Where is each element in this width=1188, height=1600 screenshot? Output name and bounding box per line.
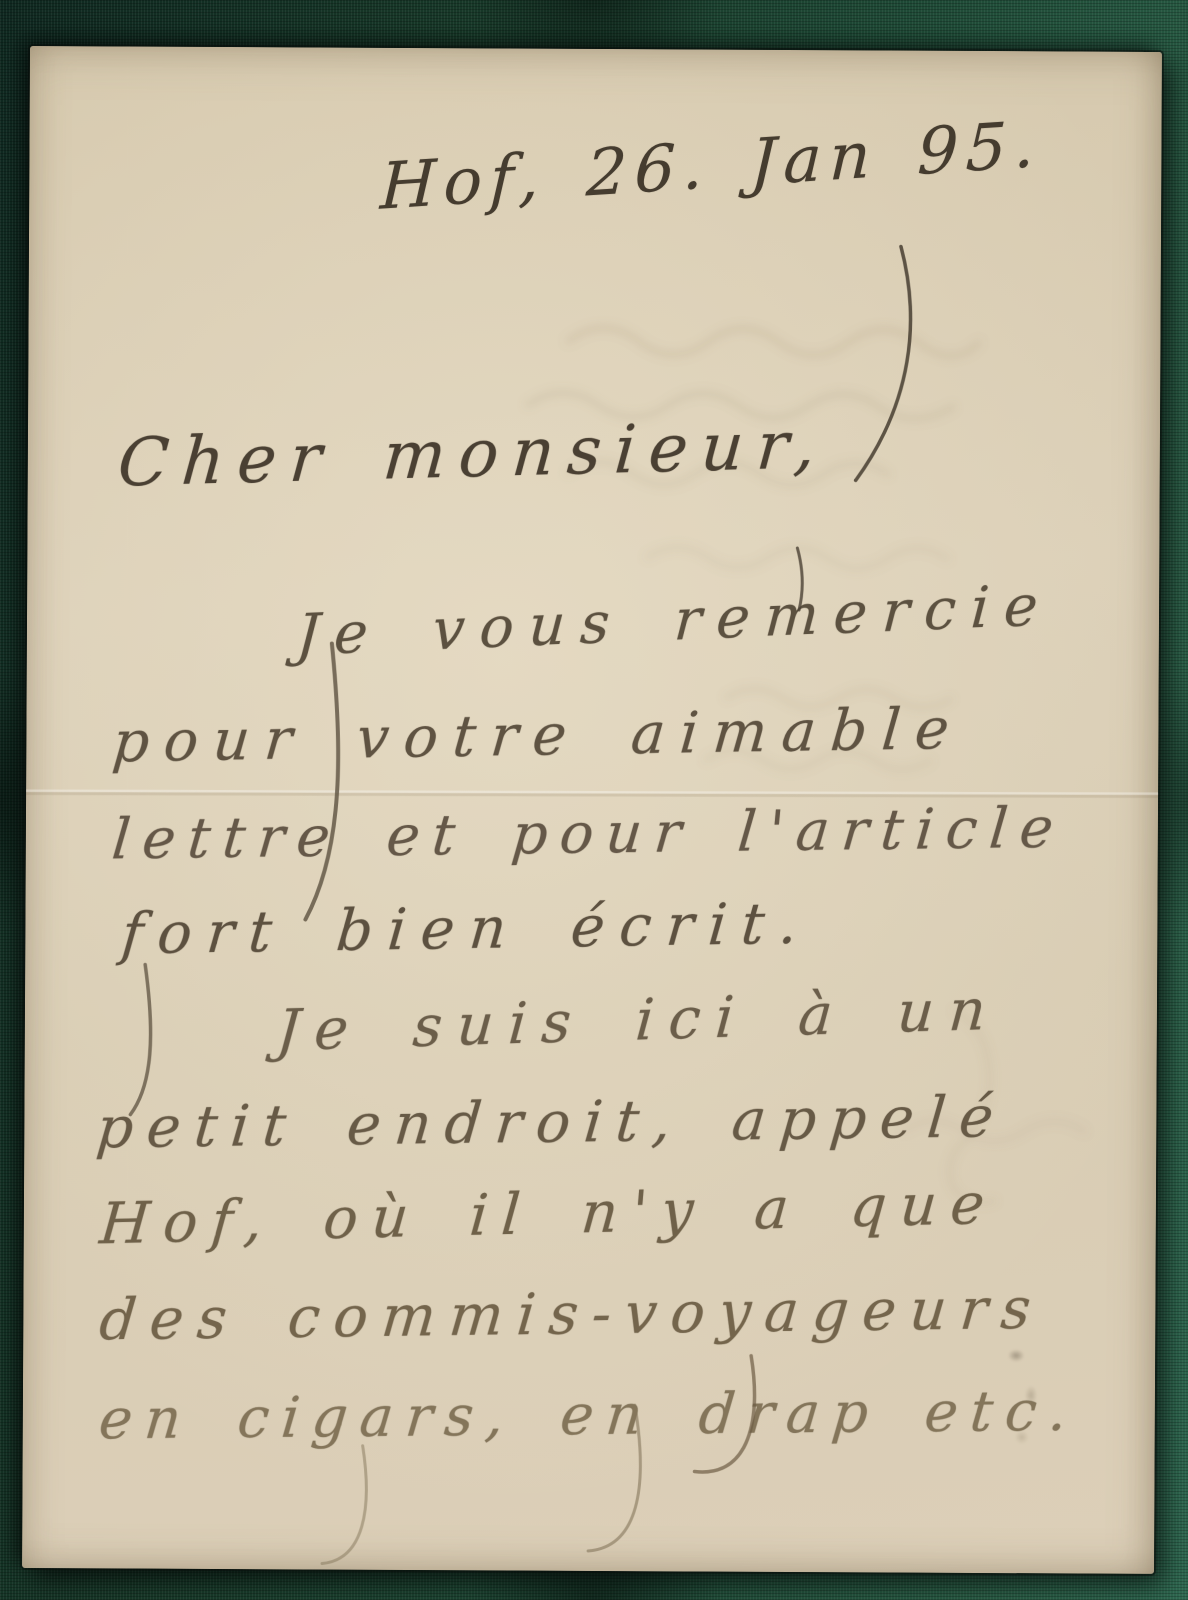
handwritten-line: des commis-voyageurs bbox=[97, 1281, 1047, 1350]
dateline: Hof, 26. Jan 95. bbox=[379, 113, 1043, 220]
letter-paper: Hof, 26. Jan 95. Cher monsieur, Je vous … bbox=[22, 46, 1162, 1574]
photo-background: Hof, 26. Jan 95. Cher monsieur, Je vous … bbox=[0, 0, 1188, 1600]
handwritten-line: pour votre aimable bbox=[110, 701, 966, 771]
handwritten-line: en cigars, en drap etc. bbox=[97, 1384, 1082, 1449]
handwritten-line: lettre et pour l'article bbox=[110, 801, 1068, 869]
handwritten-line: fort bien écrit. bbox=[119, 896, 814, 964]
salutation: Cher monsieur, bbox=[116, 412, 832, 497]
handwritten-line: petit endroit, appelé bbox=[94, 1089, 1009, 1157]
handwritten-line: Je vous remercie bbox=[295, 577, 1055, 665]
handwritten-line: Hof, où il n'y a que bbox=[98, 1176, 1001, 1253]
handwritten-line: Je suis ici à un bbox=[275, 982, 1003, 1061]
